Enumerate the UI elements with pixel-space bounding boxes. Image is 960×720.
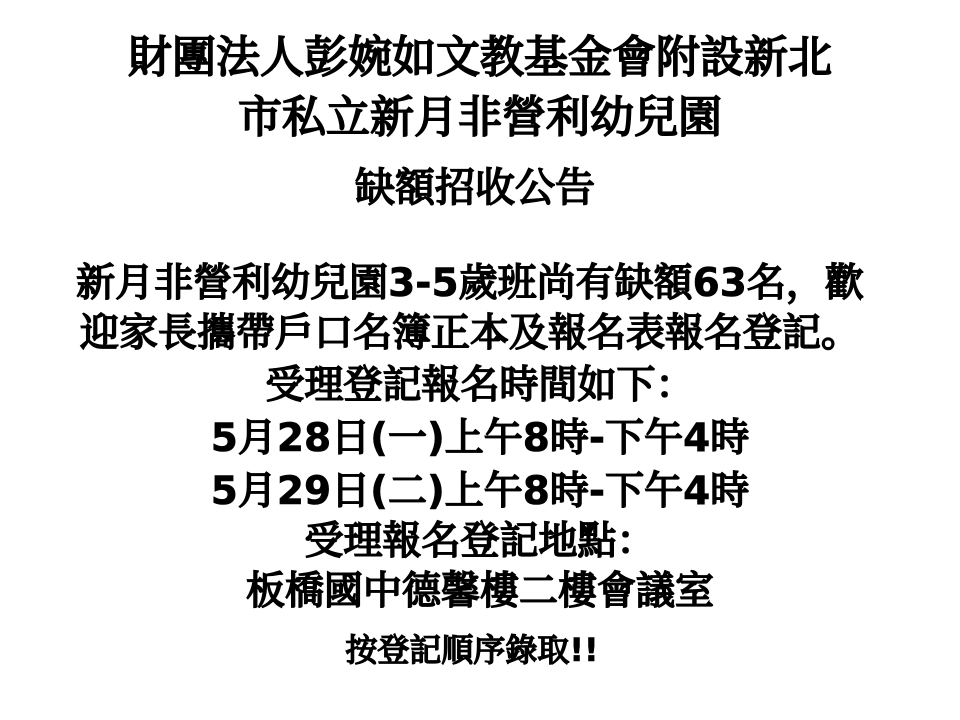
registration-location-heading: 受理報名登記地點： (0, 522, 960, 561)
registration-location-place: 板橋國中德馨樓二樓會議室 (0, 572, 960, 611)
announcement-line-2: 迎家長攜帶戶口名簿正本及報名表報名登記。 (0, 314, 950, 353)
registration-time-heading: 受理登記報名時間如下： (0, 366, 960, 405)
registration-session-2: 5月29日(二)上午8時-下午4時 (0, 472, 960, 511)
footer-note: 按登記順序錄取!! (0, 634, 952, 666)
announcement-line-1: 新月非營利幼兒園3-5歲班尚有缺額63名，歡 (0, 264, 950, 303)
subtitle: 缺額招收公告 (0, 168, 955, 208)
title-line-1: 財團法人彭婉如文教基金會附設新北 (0, 36, 960, 80)
registration-session-1: 5月28日(一)上午8時-下午4時 (0, 419, 960, 458)
title-line-2: 市私立新月非營利幼兒園 (0, 96, 960, 140)
